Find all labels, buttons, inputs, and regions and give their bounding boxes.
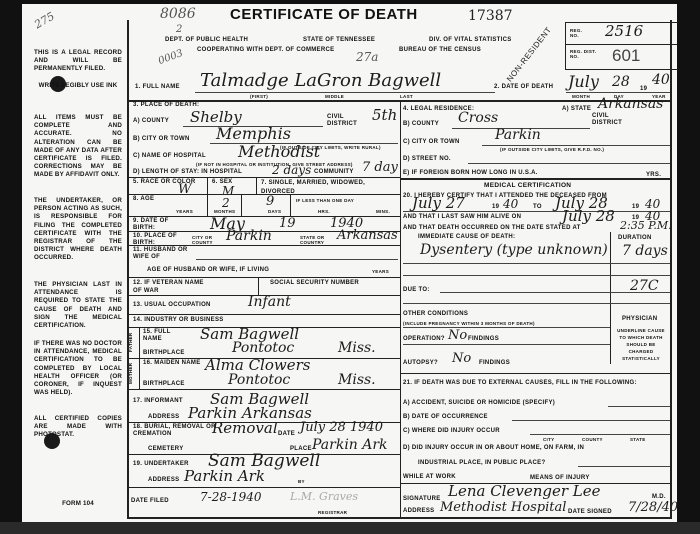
instructions-sidebar: 275 THIS IS A LEGAL RECORD AND WILL BE P… <box>30 4 126 519</box>
county-label: COUNTY <box>582 437 603 442</box>
century-label: 19 <box>640 86 647 92</box>
to-label: TO <box>533 204 542 210</box>
city-label: CITY <box>543 437 554 442</box>
findings-label: FINDINGS <box>468 336 499 342</box>
foreign-label: E) IF FOREIGN BORN HOW LONG IN U.S.A. <box>403 170 538 176</box>
margin-note: 2 <box>176 24 182 35</box>
informant-label: 17. INFORMANT <box>133 398 183 404</box>
certificate-number: 17387 <box>468 8 513 24</box>
civil-district-label: CIVIL DISTRICT <box>327 114 367 128</box>
duration-value: 7 days <box>622 243 668 259</box>
margin-note: 275 <box>32 10 57 32</box>
column-divider <box>400 100 401 518</box>
last-saw: July 28 <box>562 207 615 225</box>
bureau-label: BUREAU OF THE CENSUS <box>399 47 481 53</box>
century-label: 19 <box>492 204 499 210</box>
days-label: DAYS <box>268 209 281 214</box>
date-of-death-label: 2. DATE OF DEATH <box>494 84 553 90</box>
death-time-label: AND THAT DEATH OCCURRED ON THE DATE STAT… <box>403 225 581 231</box>
spouse-age-label: AGE OF HUSBAND OR WIFE, IF LIVING <box>147 267 269 273</box>
years-label: YEARS <box>176 209 193 214</box>
date-signed-label: DATE SIGNED <box>568 509 612 515</box>
county-label: A) COUNTY <box>133 118 169 124</box>
father-birthplace-label: BIRTHPLACE <box>143 350 185 356</box>
sidebar-rule <box>127 20 129 518</box>
divider <box>565 44 677 45</box>
autopsy-label: AUTOPSY? <box>403 360 438 366</box>
divider <box>400 178 670 180</box>
community-label: COMMUNITY <box>314 169 354 175</box>
full-name-label: 1. FULL NAME <box>135 84 180 90</box>
underline <box>403 327 610 328</box>
findings-label: FINDINGS <box>479 360 510 366</box>
age-days: 9 <box>266 194 274 209</box>
undertaker-address: Parkin Ark <box>184 467 265 485</box>
death-day: 28 <box>612 74 630 90</box>
by-label: BY <box>298 479 305 484</box>
underline <box>403 344 610 345</box>
death-city: Memphis <box>216 124 291 143</box>
father-label: FATHER <box>128 333 133 352</box>
cemetery-label: CEMETERY <box>148 446 184 452</box>
external-label: 21. IF DEATH WAS DUE TO EXTERNAL CAUSES,… <box>403 380 665 387</box>
underline <box>196 259 398 260</box>
years-label: YEARS <box>372 269 389 274</box>
right-border <box>670 20 672 518</box>
month-label: MONTH <box>572 94 590 99</box>
death-time: 2:35 P.M. <box>620 219 672 232</box>
last-saw-label: AND THAT I LAST SAW HIM ALIVE ON <box>403 214 521 220</box>
divider <box>128 314 400 315</box>
city-label: B) CITY OR TOWN <box>133 136 190 142</box>
mother-birth-city: Pontotoc <box>228 372 290 388</box>
divider <box>128 177 400 178</box>
notice-ink: WRITE LEGIBLY USE INK <box>34 82 122 90</box>
means-label: MEANS OF INJURY <box>530 475 590 481</box>
ssn-label: SOCIAL SECURITY NUMBER <box>270 280 359 286</box>
underline <box>530 434 670 435</box>
underline <box>512 420 670 421</box>
state-label: STATE OF TENNESSEE <box>303 37 375 43</box>
mother-birth-state: Miss. <box>338 372 376 388</box>
page-title: CERTIFICATE OF DEATH <box>230 6 418 23</box>
occupation-label: 13. USUAL OCCUPATION <box>133 302 211 308</box>
immediate-cause-label: IMMEDIATE CAUSE OF DEATH: <box>418 234 515 240</box>
state-label: STATE <box>630 437 646 442</box>
operation-value: No <box>448 328 467 343</box>
century-label: 19 <box>632 204 639 210</box>
immediate-cause: Dysentery (type unknown) <box>420 242 608 258</box>
duration-label: DURATION <box>618 235 652 241</box>
res-city: Parkin <box>495 127 541 143</box>
mother-name-label: 16. MAIDEN NAME <box>143 360 203 367</box>
first-label: (FIRST) <box>250 94 268 99</box>
res-civil-label: CIVIL DISTRICT <box>592 113 632 127</box>
notice-no-doctor: IF THERE WAS NO DOCTOR IN ATTENDANCE, ME… <box>34 340 122 397</box>
underline <box>195 92 495 93</box>
burial-label: 18. BURIAL, REMOVAL OR CREMATION <box>133 424 223 438</box>
attended-from: July 27 <box>412 194 465 212</box>
less-than-day-label: IF LESS THAN ONE DAY <box>296 198 354 203</box>
informant-address-label: ADDRESS <box>148 414 179 420</box>
divider <box>128 245 400 246</box>
work-label: WHILE AT WORK <box>403 474 456 480</box>
mins-label: MINS. <box>376 209 390 214</box>
divider <box>610 232 611 364</box>
burial-place: Parkin Ark <box>312 437 388 453</box>
pregnancy-note: (INCLUDE PREGNANCY WITHIN 3 MONTHS OF DE… <box>403 321 535 326</box>
res-city-label: C) CITY OR TOWN <box>403 139 460 145</box>
underline <box>578 466 670 467</box>
divider <box>241 194 242 216</box>
industrial-label: INDUSTRIAL PLACE, IN PUBLIC PLACE? <box>418 460 545 466</box>
last-label: LAST <box>400 94 413 99</box>
stay-hospital: 2 days <box>272 163 311 177</box>
industry-label: 14. INDUSTRY OR BUSINESS <box>133 317 224 323</box>
burial-date: July 28 1940 <box>300 420 383 435</box>
divider <box>207 177 208 194</box>
mother-birthplace-label: BIRTHPLACE <box>143 381 185 387</box>
death-month: July <box>568 72 599 91</box>
notice-physician: THE PHYSICIAN LAST IN ATTENDANCE IS REQU… <box>34 281 122 330</box>
margin-note: 27a <box>356 50 378 64</box>
occurrence-label: B) DATE OF OCCURRENCE <box>403 414 488 420</box>
age-label: 8. AGE <box>133 196 154 202</box>
res-state: Arkansas <box>598 96 663 112</box>
notice-items: ALL ITEMS MUST BE COMPLETE AND ACCURATE.… <box>34 114 122 180</box>
underline <box>403 275 670 276</box>
underline <box>608 406 670 407</box>
divider <box>258 277 259 295</box>
reg-dist-label: REG. DIST. NO. <box>570 49 600 59</box>
father-birth-state: Miss. <box>338 340 376 356</box>
physician-address: Methodist Hospital <box>440 500 566 515</box>
res-city-note: (IF OUTSIDE CITY LIMITS, GIVE R.F.D. NO.… <box>500 147 604 152</box>
stay-community: 7 day <box>362 160 398 175</box>
bottom-border <box>127 517 672 519</box>
division-label: DIV. OF VITAL STATISTICS <box>429 37 512 43</box>
age-months: 2 <box>222 196 230 210</box>
birth-state: Arkansas <box>337 228 398 243</box>
dept-label: DEPT. OF PUBLIC HEALTH <box>165 37 248 43</box>
length-of-stay-label: D) LENGTH OF STAY: IN HOSPITAL <box>133 169 242 175</box>
mother-label: MOTHER <box>128 363 133 384</box>
physician-note: UNDERLINE CAUSE TO WHICH DEATH SHOULD BE… <box>614 327 668 362</box>
res-county-label: B) COUNTY <box>403 121 439 127</box>
father-name-label: 15. FULL NAME <box>143 329 183 343</box>
reg-dist-value: 601 <box>612 46 640 66</box>
underline <box>468 163 670 164</box>
punch-hole <box>44 433 60 449</box>
civil-district: 5th <box>372 106 397 124</box>
birth-city: Parkin <box>226 228 272 244</box>
divider <box>128 100 670 102</box>
undertaker-label: 19. UNDERTAKER <box>133 461 189 467</box>
death-year: 40 <box>652 72 670 88</box>
form-number: FORM 104 <box>34 500 122 508</box>
divider <box>128 194 400 195</box>
dob-label: 9. DATE OF BIRTH: <box>133 218 173 232</box>
veteran-label: 12. IF VETERAN NAME OF WAR <box>133 279 213 295</box>
underline <box>482 145 670 146</box>
city-county-label: CITY OR COUNTY <box>192 235 222 245</box>
reg-no-label: REG. NO. <box>570 28 590 38</box>
underline <box>403 263 670 264</box>
burial-date-label: DATE <box>278 431 295 437</box>
divider <box>256 177 257 194</box>
margin-note: 8086 <box>160 6 196 22</box>
underline <box>566 92 670 93</box>
occupation-value: Infant <box>248 294 291 310</box>
hrs-label: HRS. <box>318 209 330 214</box>
cause-code: 27C <box>630 278 659 294</box>
physician-signature: Lena Clevenger Lee <box>448 482 601 500</box>
due-to-label: DUE TO: <box>403 287 430 293</box>
hospital-name: Methodist <box>238 142 320 161</box>
where-label: C) WHERE DID INJURY OCCUR <box>403 428 500 434</box>
res-state-label: A) STATE <box>562 106 591 112</box>
father-birth-city: Pontotoc <box>232 340 294 356</box>
scan-border <box>0 522 700 534</box>
notice-legal: THIS IS A LEGAL RECORD AND WILL BE PERMA… <box>34 49 122 74</box>
registrar-label: REGISTRAR <box>318 510 347 515</box>
hospital-label: C) NAME OF HOSPITAL <box>133 153 206 159</box>
other-conditions-label: OTHER CONDITIONS <box>403 311 468 317</box>
physician-note-title: PHYSICIAN <box>622 316 657 322</box>
burial-value: Removal <box>212 419 278 437</box>
operation-label: OPERATION? <box>403 336 445 342</box>
attended-from-year: 40 <box>503 197 518 211</box>
divider <box>290 194 291 216</box>
street-label: D) STREET NO. <box>403 156 451 162</box>
divider <box>400 373 670 374</box>
autopsy-value: No <box>452 351 471 366</box>
res-county: Cross <box>458 110 498 126</box>
signature-label: SIGNATURE <box>403 496 441 502</box>
medical-heading: MEDICAL CERTIFICATION <box>484 182 571 189</box>
divider <box>128 487 400 488</box>
undertaker-address-label: ADDRESS <box>148 477 179 483</box>
middle-label: MIDDLE <box>325 94 344 99</box>
divider <box>128 277 400 278</box>
address-label: ADDRESS <box>403 508 434 514</box>
registrar-signature: L.M. Graves <box>290 490 358 503</box>
divider <box>207 194 208 216</box>
underline <box>403 303 670 304</box>
dob-day: 19 <box>279 216 296 231</box>
cooperating-label: COOPERATING WITH DEPT. OF COMMERCE <box>197 47 334 53</box>
home-label: D) DID INJURY OCCUR IN OR ABOUT HOME, ON… <box>403 445 584 451</box>
underline <box>403 211 670 212</box>
date-filed-label: DATE FILED <box>131 498 169 504</box>
state-country-label: STATE OR COUNTRY <box>300 235 330 245</box>
spouse-label: 11. HUSBAND OR WIFE OF <box>133 247 193 261</box>
reg-no-value: 2516 <box>605 22 643 40</box>
accident-label: A) ACCIDENT, SUICIDE OR HOMICIDE (SPECIF… <box>403 400 555 406</box>
full-name-value: Talmadge LaGron Bagwell <box>200 70 441 91</box>
notice-undertaker: THE UNDERTAKER, OR PERSON ACTING AS SUCH… <box>34 197 122 263</box>
date-filed: 7-28-1940 <box>200 490 262 504</box>
